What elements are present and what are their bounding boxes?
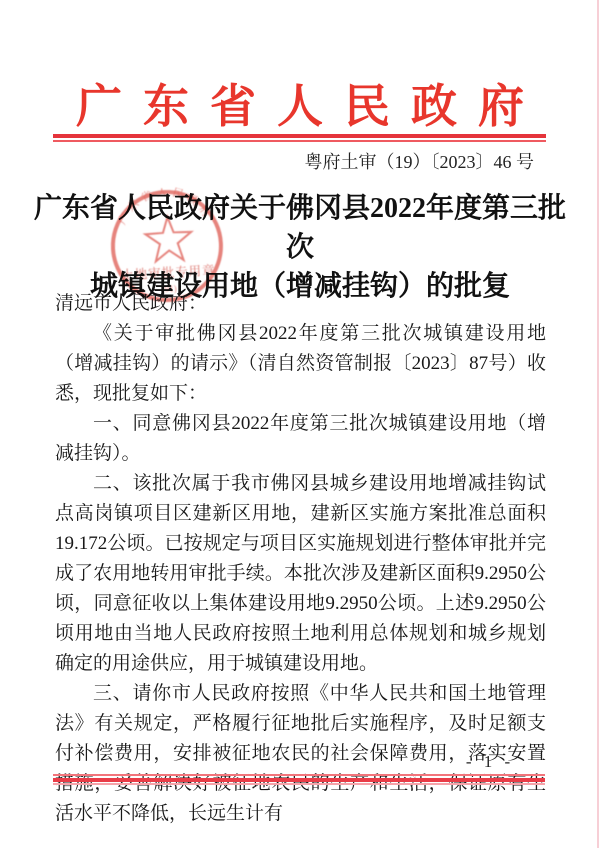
bottom-band-stripe-strong (53, 778, 545, 782)
letterhead-org-title: 广东省人民政府 (0, 70, 600, 136)
recipient-line: 清远市人民政府： (55, 289, 546, 319)
bottom-scan-band (53, 774, 545, 786)
right-scan-edge (597, 0, 599, 848)
document-number: 粤府土审（19）〔2023〕46 号 (305, 148, 535, 174)
letterhead-rule-thin (53, 140, 546, 142)
page-number: - 1 - (450, 752, 530, 772)
letterhead-rule-thick (53, 134, 546, 138)
document-page: 广东省人民政府 粤府土审（19）〔2023〕46 号 广东省人民政府关于佛冈县2… (0, 0, 600, 848)
body-paragraph-1: 《关于审批佛冈县2022年度第三批次城镇建设用地（增减挂钩）的请示》（清自然资管… (55, 319, 546, 409)
document-body: 清远市人民政府： 《关于审批佛冈县2022年度第三批次城镇建设用地（增减挂钩）的… (55, 289, 546, 829)
bottom-band-stripe-light (53, 774, 545, 776)
document-title-line1: 广东省人民政府关于佛冈县2022年度第三批次 (30, 189, 570, 267)
bottom-band-stripe-faint (53, 783, 545, 785)
body-paragraph-3: 二、该批次属于我市佛冈县城乡建设用地增减挂钩试点高岗镇项目区建新区用地，建新区实… (55, 469, 546, 679)
body-paragraph-2: 一、同意佛冈县2022年度第三批次城镇建设用地（增减挂钩）。 (55, 409, 546, 469)
